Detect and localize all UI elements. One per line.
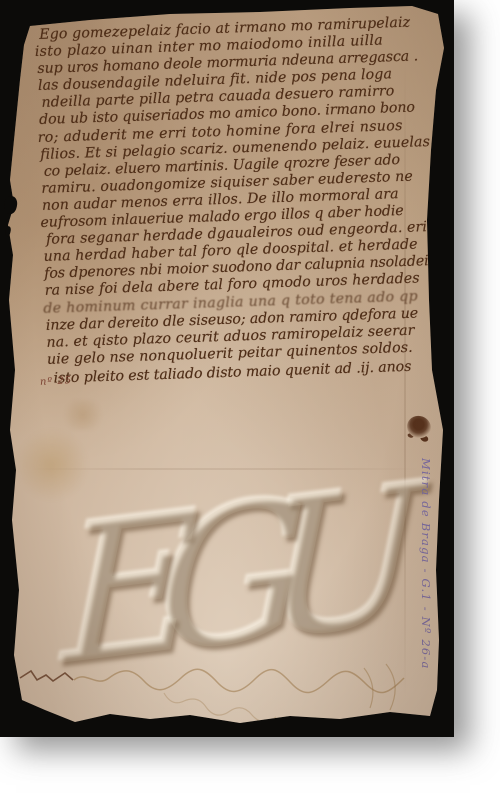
faded-signature-scribble bbox=[14, 648, 428, 726]
parchment-stain bbox=[60, 400, 106, 430]
ink-stain bbox=[404, 413, 434, 442]
fold-crease bbox=[404, 60, 406, 700]
manuscript-text: Ego gomezepelaiz facio at irmano mo rami… bbox=[36, 13, 460, 387]
fold-crease bbox=[30, 468, 420, 470]
parchment: Ego gomezepelaiz facio at irmano mo rami… bbox=[0, 0, 454, 737]
archive-number-note: nº 25 bbox=[40, 375, 73, 388]
photo-frame: Ego gomezepelaiz facio at irmano mo rami… bbox=[0, 0, 454, 737]
margin-archive-note: Mitra de Braga - G.1 - Nº 26-a bbox=[419, 458, 433, 696]
parchment-stain bbox=[16, 428, 88, 502]
